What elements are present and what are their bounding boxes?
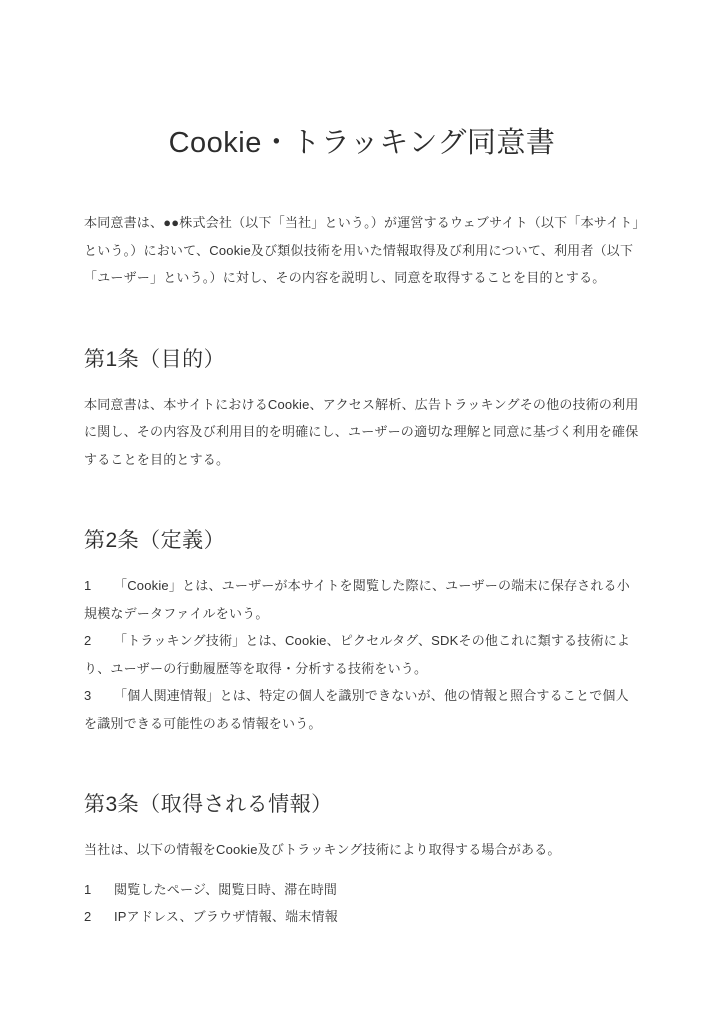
definition-item-1: 1「Cookie」とは、ユーザーが本サイトを閲覧した際に、ユーザーの端末に保存さ… xyxy=(84,572,640,627)
item-text: IPアドレス、ブラウザ情報、端末情報 xyxy=(114,909,338,924)
item-number: 3 xyxy=(84,682,114,710)
acquired-info-item-2: 2IPアドレス、ブラウザ情報、端末情報 xyxy=(84,903,640,931)
section-article-2: 第2条（定義） 1「Cookie」とは、ユーザーが本サイトを閲覧した際に、ユーザ… xyxy=(84,525,640,737)
article-3-heading: 第3条（取得される情報） xyxy=(84,789,640,820)
article-2-heading: 第2条（定義） xyxy=(84,525,640,556)
article-3-paragraph: 当社は、以下の情報をCookie及びトラッキング技術により取得する場合がある。 xyxy=(84,836,640,864)
document-title: Cookie・トラッキング同意書 xyxy=(84,0,640,165)
section-article-1: 第1条（目的） 本同意書は、本サイトにおけるCookie、アクセス解析、広告トラ… xyxy=(84,344,640,474)
definition-item-2: 2「トラッキング技術」とは、Cookie、ピクセルタグ、SDKその他これに類する… xyxy=(84,627,640,682)
acquired-info-list: 1閲覧したページ、閲覧日時、滞在時間 2IPアドレス、ブラウザ情報、端末情報 xyxy=(84,876,640,931)
definition-item-3: 3「個人関連情報」とは、特定の個人を識別できないが、他の情報と照合することで個人… xyxy=(84,682,640,737)
section-article-3: 第3条（取得される情報） 当社は、以下の情報をCookie及びトラッキング技術に… xyxy=(84,789,640,931)
article-1-heading: 第1条（目的） xyxy=(84,344,640,375)
item-number: 1 xyxy=(84,876,114,904)
item-number: 2 xyxy=(84,627,114,655)
acquired-info-item-1: 1閲覧したページ、閲覧日時、滞在時間 xyxy=(84,876,640,904)
definition-list: 1「Cookie」とは、ユーザーが本サイトを閲覧した際に、ユーザーの端末に保存さ… xyxy=(84,572,640,737)
document-page: Cookie・トラッキング同意書 本同意書は、●●株式会社（以下「当社」という。… xyxy=(0,0,724,1024)
item-text: 「Cookie」とは、ユーザーが本サイトを閲覧した際に、ユーザーの端末に保存され… xyxy=(84,578,630,621)
item-number: 2 xyxy=(84,903,114,931)
item-text: 閲覧したページ、閲覧日時、滞在時間 xyxy=(114,882,337,897)
article-1-paragraph: 本同意書は、本サイトにおけるCookie、アクセス解析、広告トラッキングその他の… xyxy=(84,391,640,474)
intro-paragraph: 本同意書は、●●株式会社（以下「当社」という。）が運営するウェブサイト（以下「本… xyxy=(84,209,640,292)
item-text: 「トラッキング技術」とは、Cookie、ピクセルタグ、SDKその他これに類する技… xyxy=(84,633,630,676)
item-text: 「個人関連情報」とは、特定の個人を識別できないが、他の情報と照合することで個人を… xyxy=(84,688,629,731)
item-number: 1 xyxy=(84,572,114,600)
